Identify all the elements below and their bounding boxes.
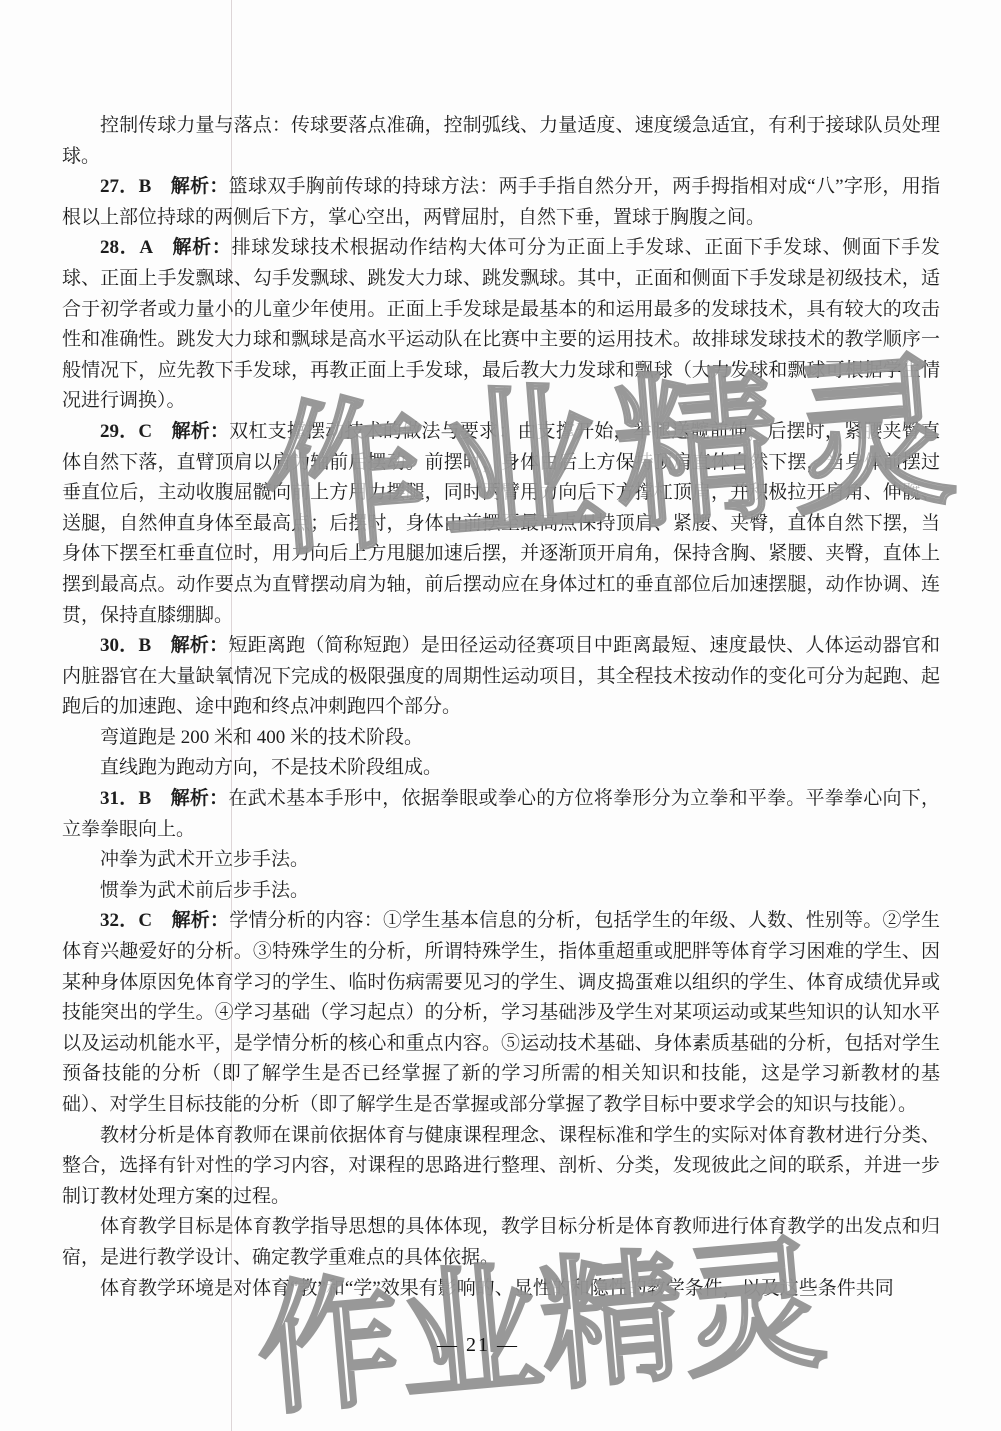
paragraph-q28: 28．A 解析：排球发球技术根据动作结构大体可分为正面上手发球、正面下手发球、侧… (62, 233, 940, 417)
paragraph-teaching-material: 教材分析是体育教师在课前依据体育与健康课程理念、课程标准和学生的实际对体育教材进… (62, 1121, 940, 1213)
paragraph-q29: 29．C 解析：双杠支撑摆动技术的做法与要求：由支撑开始，举腿送髋前伸，后摆时，… (62, 417, 940, 631)
paragraph-text: 学情分析的内容：①学生基本信息的分析，包括学生的年级、人数、性别等。②学生体育兴… (62, 910, 940, 1115)
paragraph-text: 教材分析是体育教师在课前依据体育与健康课程理念、课程标准和学生的实际对体育教材进… (62, 1125, 940, 1207)
page-number: — 21 — (437, 1334, 519, 1357)
answer-label-q30: 30．B 解析： (100, 635, 228, 656)
paragraph-text: 体育教学环境是对体育“教”和“学”效果有影响的、显性的和隐性的教学条件，以及这些… (100, 1278, 894, 1299)
paragraph-q30: 30．B 解析：短距离跑（简称短跑）是田径运动径赛项目中距离最短、速度最快、人体… (62, 631, 940, 723)
paragraph-curve-run: 弯道跑是 200 米和 400 米的技术阶段。 (62, 723, 940, 754)
scanned-answer-page: 控制传球力量与落点：传球要落点准确，控制弧线、力量适度、速度缓急适宜，有利于接球… (0, 0, 1001, 1431)
paragraph-text: 双杠支撑摆动技术的做法与要求：由支撑开始，举腿送髋前伸，后摆时，紧腰夹臀直体自然… (62, 421, 940, 626)
paragraph-q31: 31．B 解析：在武术基本手形中，依据拳眼或拳心的方位将拳形分为立拳和平拳。平拳… (62, 784, 940, 845)
answer-label-q28: 28．A 解析： (100, 237, 232, 258)
answer-label-q29: 29．C 解析： (100, 421, 229, 442)
paragraph-text: 直线跑为跑动方向，不是技术阶段组成。 (100, 757, 442, 778)
paragraph-chongquan: 冲拳为武术开立步手法。 (62, 845, 940, 876)
paragraph-q27: 27．B 解析：篮球双手胸前传球的持球方法：两手手指自然分开，两手拇指相对成“八… (62, 172, 940, 233)
paragraph-text: 体育教学目标是体育教学指导思想的具体体现，教学目标分析是体育教师进行体育教学的出… (62, 1216, 940, 1268)
paragraph-teaching-goal: 体育教学目标是体育教学指导思想的具体体现，教学目标分析是体育教师进行体育教学的出… (62, 1212, 940, 1273)
answer-text-block: 控制传球力量与落点：传球要落点准确，控制弧线、力量适度、速度缓急适宜，有利于接球… (62, 111, 940, 1304)
paragraph-pass-control: 控制传球力量与落点：传球要落点准确，控制弧线、力量适度、速度缓急适宜，有利于接球… (62, 111, 940, 172)
answer-label-q27: 27．B 解析： (100, 176, 229, 197)
paragraph-straight-run: 直线跑为跑动方向，不是技术阶段组成。 (62, 753, 940, 784)
paragraph-q32: 32．C 解析：学情分析的内容：①学生基本信息的分析，包括学生的年级、人数、性别… (62, 906, 940, 1120)
paragraph-teaching-environment: 体育教学环境是对体育“教”和“学”效果有影响的、显性的和隐性的教学条件，以及这些… (62, 1274, 940, 1305)
paragraph-text: 排球发球技术根据动作结构大体可分为正面上手发球、正面下手发球、侧面下手发球、正面… (62, 237, 940, 411)
paragraph-text: 惯拳为武术前后步手法。 (100, 880, 309, 901)
answer-label-q31: 31．B 解析： (100, 788, 228, 809)
paragraph-text: 冲拳为武术开立步手法。 (100, 849, 309, 870)
paragraph-guanquan: 惯拳为武术前后步手法。 (62, 876, 940, 907)
paragraph-text: 控制传球力量与落点：传球要落点准确，控制弧线、力量适度、速度缓急适宜，有利于接球… (62, 115, 940, 167)
answer-label-q32: 32．C 解析： (100, 910, 229, 931)
paragraph-text: 弯道跑是 200 米和 400 米的技术阶段。 (100, 727, 423, 748)
